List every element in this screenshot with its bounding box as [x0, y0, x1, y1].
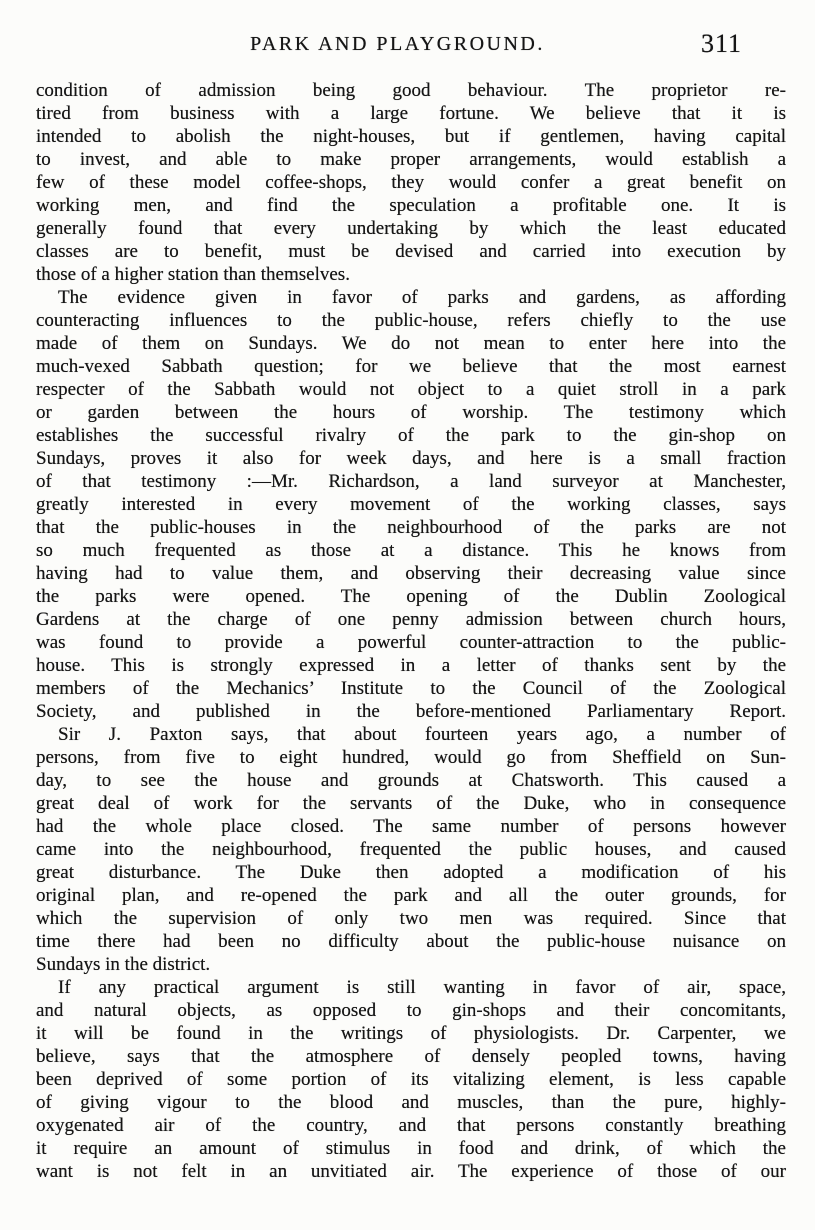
text-line: counteracting influences to the public-h… [36, 309, 786, 332]
text-line: If any practical argument is still wanti… [36, 976, 786, 999]
text-line: of giving vigour to the blood and muscle… [36, 1091, 786, 1114]
text-line: of that testimony :—Mr. Richardson, a la… [36, 470, 786, 493]
text-line: had the whole place closed. The same num… [36, 815, 786, 838]
text-line: those of a higher station than themselve… [36, 263, 786, 286]
text-line: having had to value them, and observing … [36, 562, 786, 585]
text-line: want is not felt in an unvitiated air. T… [36, 1160, 786, 1183]
text-line: The evidence given in favor of parks and… [36, 286, 786, 309]
text-line: it will be found in the writings of phys… [36, 1022, 786, 1045]
text-line: much-vexed Sabbath question; for we beli… [36, 355, 786, 378]
page-body: condition of admission being good behavi… [36, 79, 786, 1183]
text-line: or garden between the hours of worship. … [36, 401, 786, 424]
paragraph: If any practical argument is still wanti… [36, 976, 786, 1183]
text-line: few of these model coffee-shops, they wo… [36, 171, 786, 194]
text-line: been deprived of some portion of its vit… [36, 1068, 786, 1091]
paragraph: The evidence given in favor of parks and… [36, 286, 786, 723]
text-line: day, to see the house and grounds at Cha… [36, 769, 786, 792]
text-line: it require an amount of stimulus in food… [36, 1137, 786, 1160]
text-line: Sir J. Paxton says, that about fourteen … [36, 723, 786, 746]
text-line: was found to provide a powerful counter-… [36, 631, 786, 654]
text-line: members of the Mechanics’ Institute to t… [36, 677, 786, 700]
text-line: came into the neighbourhood, frequented … [36, 838, 786, 861]
text-line: respecter of the Sabbath would not objec… [36, 378, 786, 401]
text-line: the parks were opened. The opening of th… [36, 585, 786, 608]
text-line: Sundays in the district. [36, 953, 786, 976]
page-number: 311 [701, 29, 742, 59]
text-line: greatly interested in every movement of … [36, 493, 786, 516]
text-line: generally found that every undertaking b… [36, 217, 786, 240]
page-header: PARK AND PLAYGROUND. 311 [35, 33, 780, 67]
text-line: to invest, and able to make proper arran… [36, 148, 786, 171]
text-line: Sundays, proves it also for week days, a… [36, 447, 786, 470]
text-line: made of them on Sundays. We do not mean … [36, 332, 786, 355]
text-line: Gardens at the charge of one penny admis… [36, 608, 786, 631]
text-line: working men, and find the speculation a … [36, 194, 786, 217]
text-line: believe, says that the atmosphere of den… [36, 1045, 786, 1068]
text-line: condition of admission being good behavi… [36, 79, 786, 102]
text-line: so much frequented as those at a distanc… [36, 539, 786, 562]
scanned-book-page: PARK AND PLAYGROUND. 311 condition of ad… [0, 0, 815, 1230]
text-line: that the public-houses in the neighbourh… [36, 516, 786, 539]
text-line: oxygenated air of the country, and that … [36, 1114, 786, 1137]
text-line: original plan, and re-opened the park an… [36, 884, 786, 907]
running-title: PARK AND PLAYGROUND. [35, 33, 780, 56]
text-line: house. This is strongly expressed in a l… [36, 654, 786, 677]
text-line: great disturbance. The Duke then adopted… [36, 861, 786, 884]
text-line: tired from business with a large fortune… [36, 102, 786, 125]
text-line: intended to abolish the night-houses, bu… [36, 125, 786, 148]
text-line: classes are to benefit, must be devised … [36, 240, 786, 263]
text-line: great deal of work for the servants of t… [36, 792, 786, 815]
paragraph: condition of admission being good behavi… [36, 79, 786, 286]
text-line: which the supervision of only two men wa… [36, 907, 786, 930]
text-line: persons, from five to eight hundred, wou… [36, 746, 786, 769]
paragraph: Sir J. Paxton says, that about fourteen … [36, 723, 786, 976]
text-line: establishes the successful rivalry of th… [36, 424, 786, 447]
text-line: time there had been no difficulty about … [36, 930, 786, 953]
text-line: Society, and published in the before-men… [36, 700, 786, 723]
text-line: and natural objects, as opposed to gin-s… [36, 999, 786, 1022]
